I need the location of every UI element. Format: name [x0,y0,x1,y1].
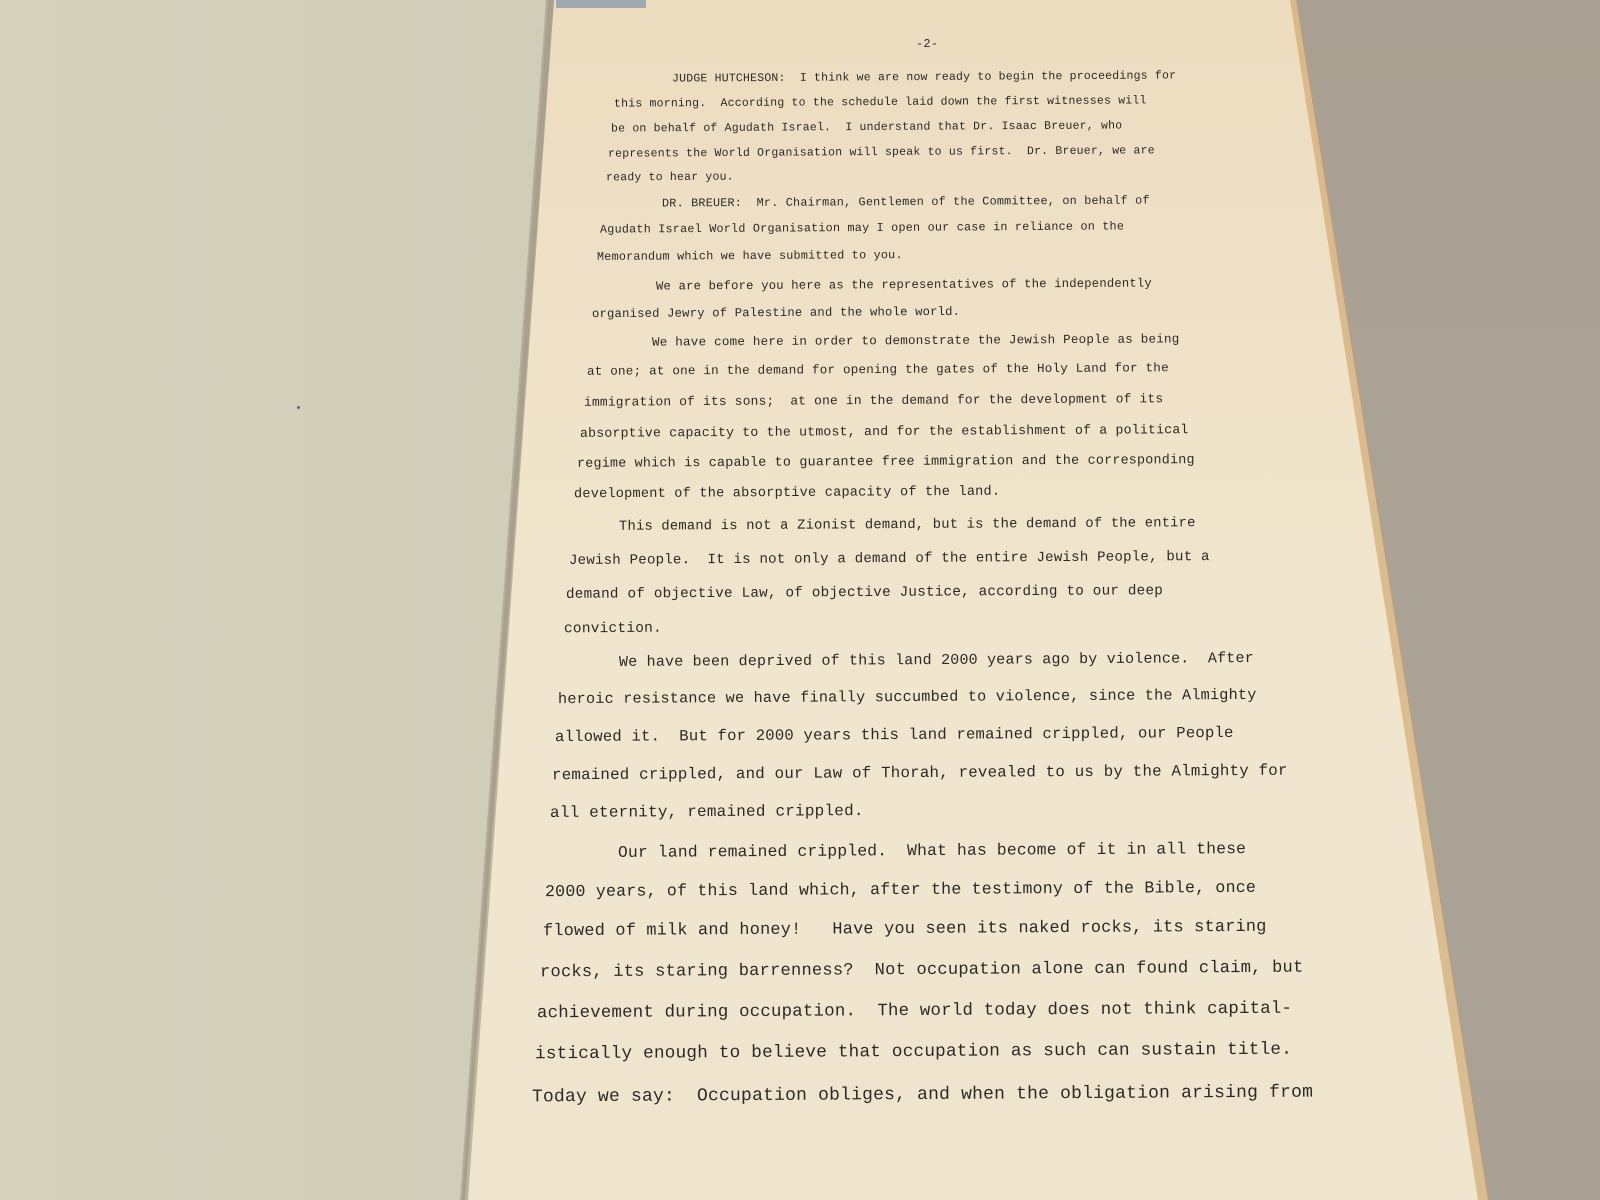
text-line: ready to hear you. [606,172,734,184]
text-line: We have come here in order to demonstrat… [652,333,1180,349]
text-line: be on behalf of Agudath Israel. I unders… [611,120,1122,135]
text-line: JUDGE HUTCHESON: I think we are now read… [672,70,1176,85]
text-line: conviction. [564,622,662,637]
page-number: -2- [916,38,938,50]
text-line: organised Jewry of Palestine and the who… [592,306,960,320]
text-line: Today we say: Occupation obliges, and wh… [532,1084,1313,1107]
text-line: demand of objective Law, of objective Ju… [566,584,1163,602]
text-line: We have been deprived of this land 2000 … [619,651,1254,670]
text-line: rocks, its staring barrenness? Not occup… [540,960,1304,982]
text-line: We are before you here as the representa… [656,277,1152,292]
text-line: Memorandum which we have submitted to yo… [597,250,903,264]
text-line: absorptive capacity to the utmost, and f… [580,423,1189,440]
text-line: Jewish People. It is not only a demand o… [569,550,1210,568]
text-line: Our land remained crippled. What has bec… [618,841,1246,861]
cover-edge [556,0,646,8]
text-line: development of the absorptive capacity o… [574,486,1000,502]
text-line: all eternity, remained crippled. [550,803,864,821]
ink-speck [297,406,300,409]
text-line: heroic resistance we have finally succum… [558,688,1257,707]
